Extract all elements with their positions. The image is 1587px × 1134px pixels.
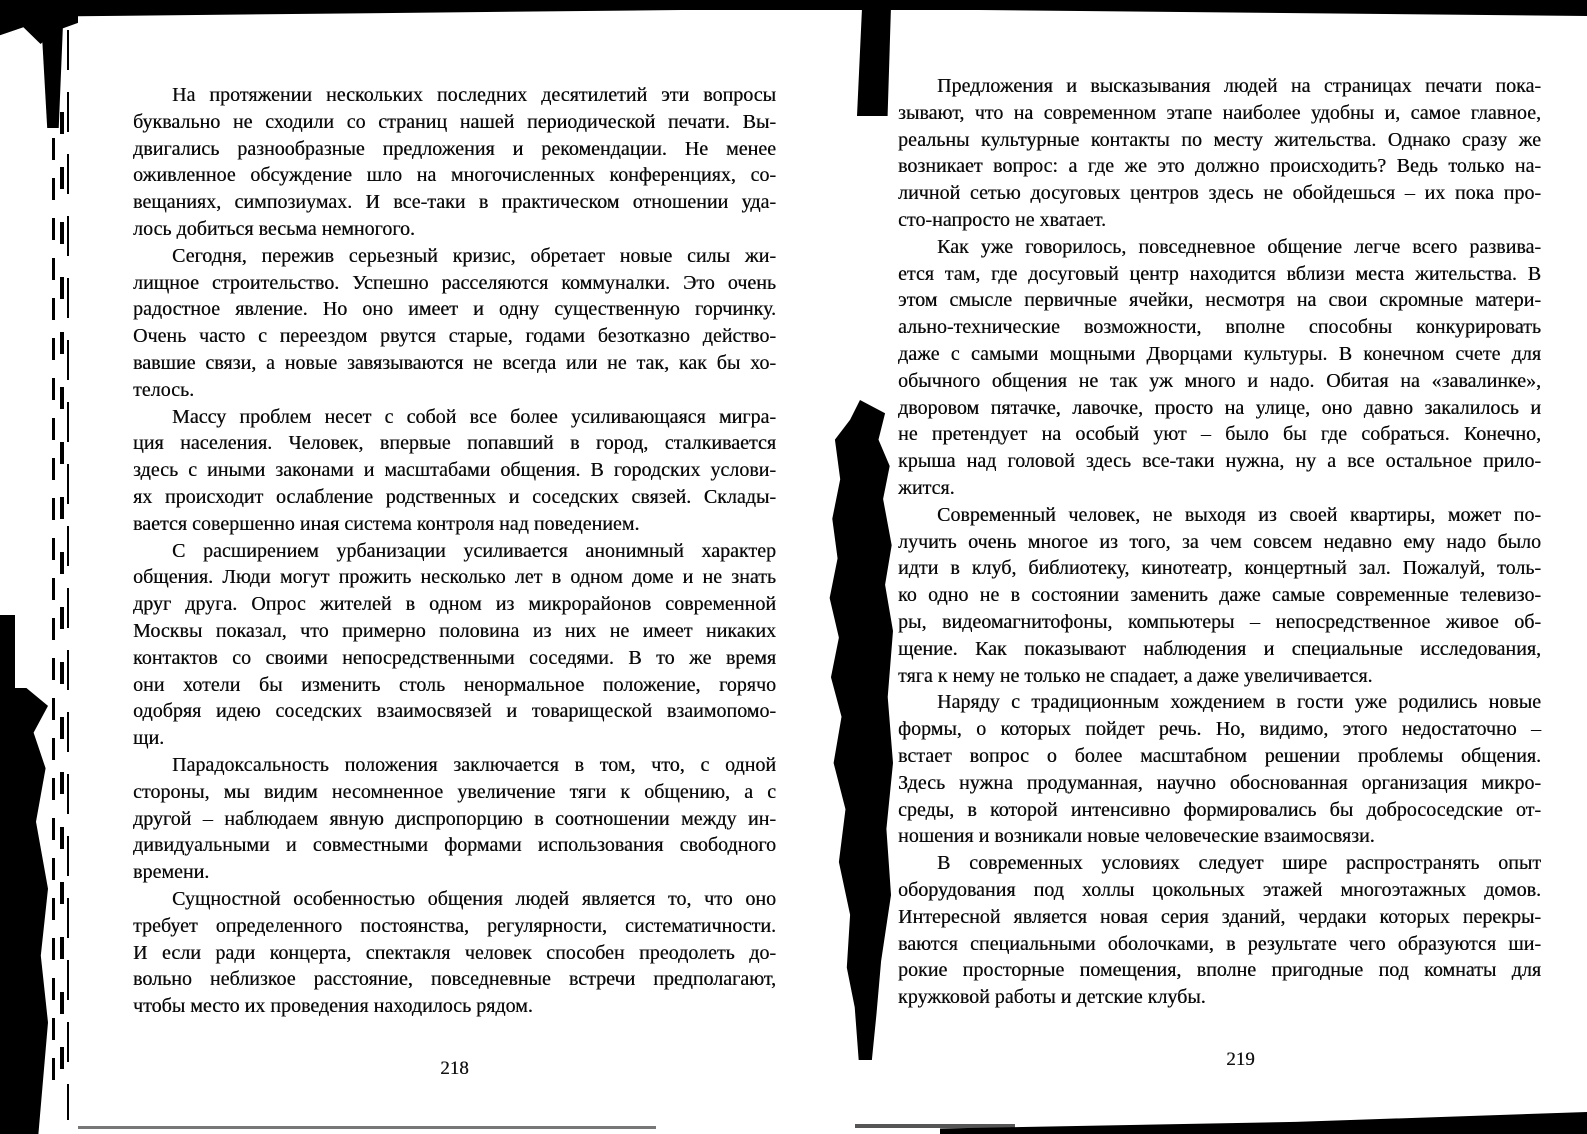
text-line: Парадоксальность положения заключается в… (133, 752, 776, 779)
text-line: ношения и возникали новые человеческие в… (898, 823, 1541, 850)
text-line: вольно неблизкое расстояние, повседневны… (133, 966, 776, 993)
paragraph: Предложения и высказывания людей на стра… (898, 73, 1541, 234)
text-line: ко одно не в состоянии заменить даже сам… (898, 582, 1541, 609)
paragraph: С расширением урбанизации усиливается ан… (133, 538, 776, 752)
text-line: этом смысле первичные ячейки, несмотря н… (898, 287, 1541, 314)
text-line: Предложения и высказывания людей на стра… (898, 73, 1541, 100)
page-number-right: 219 (898, 1049, 1583, 1071)
text-line: оживленное обсуждение шло на многочислен… (133, 162, 776, 189)
text-line: вавшие связи, а новые завязываются не вс… (133, 350, 776, 377)
text-line: ваются специальными оболочками, в резуль… (898, 931, 1541, 958)
text-line: кружковой работы и детские клубы. (898, 984, 1541, 1011)
text-line: В современных условиях следует шире расп… (898, 850, 1541, 877)
paragraph: Наряду с традиционным хождением в гости … (898, 689, 1541, 850)
text-line: дворовом пятачке, лавочке, просто на ули… (898, 395, 1541, 422)
text-line: реальны культурные контакты по месту жит… (898, 127, 1541, 154)
text-line: дивидуальными и совместными формами испо… (133, 832, 776, 859)
page-number-left: 218 (133, 1058, 776, 1080)
text-line: рокие просторные помещения, вполне приго… (898, 957, 1541, 984)
scan-artifact-bottom-line-mid (855, 1124, 1015, 1128)
text-line: щи. (133, 725, 776, 752)
text-line: ция населения. Человек, впервые попавший… (133, 430, 776, 457)
text-line: Очень часто с переездом рвутся старые, г… (133, 323, 776, 350)
text-line: двигались разнообразные предложения и ре… (133, 136, 776, 163)
scan-artifact-left-dashes-2 (60, 100, 64, 1090)
text-line: встает вопрос о более масштабном решении… (898, 743, 1541, 770)
scan-artifact-top-edge-right (860, 0, 1587, 16)
text-line: лучить очень многое из того, за чем совс… (898, 529, 1541, 556)
text-line: жится. (898, 475, 1541, 502)
text-line: лось добиться весьма немногого. (133, 216, 776, 243)
text-line: формы, о которых пойдет речь. Но, видимо… (898, 716, 1541, 743)
text-line: буквально не сходили со страниц нашей пе… (133, 109, 776, 136)
paragraph: Современный человек, не выходя из своей … (898, 502, 1541, 690)
text-line: лищное строительство. Успешно расселяютс… (133, 270, 776, 297)
paragraph: В современных условиях следует шире расп… (898, 850, 1541, 1011)
text-line: крыша над головой здесь все-таки нужна, … (898, 448, 1541, 475)
paragraph: Как уже говорилось, повседневное общение… (898, 234, 1541, 502)
text-line: С расширением урбанизации усиливается ан… (133, 538, 776, 565)
text-line: общения. Люди могут прожить несколько ле… (133, 564, 776, 591)
text-line: щение. Как показывают наблюдения и специ… (898, 636, 1541, 663)
text-line: даже с самыми мощными Дворцами культуры.… (898, 341, 1541, 368)
scan-artifact-left-dashes-3 (67, 30, 69, 1120)
text-line: идти в клуб, библиотеку, кинотеатр, конц… (898, 555, 1541, 582)
text-line: радостное явление. Но оно имеет и одну с… (133, 296, 776, 323)
text-line: чтобы место их проведения находилось ряд… (133, 993, 776, 1020)
text-line: друг друга. Опрос жителей в одном из мик… (133, 591, 776, 618)
text-line: ры, видеомагнитофоны, компьютеры – непос… (898, 609, 1541, 636)
text-line: другой – наблюдаем явную диспропорцию в … (133, 806, 776, 833)
text-line: тяга к нему не только не спадает, а даже… (898, 663, 1541, 690)
text-line: Москвы показал, что примерно половина из… (133, 618, 776, 645)
text-line: среды, в которой интенсивно формировалис… (898, 797, 1541, 824)
text-line: вается совершенно иная система контроля … (133, 511, 776, 538)
text-line: одобряя идею соседских взаимосвязей и то… (133, 698, 776, 725)
text-line: вещаниях, симпозиумах. И все-таки в прак… (133, 189, 776, 216)
text-line: телось. (133, 377, 776, 404)
text-line: И если ради концерта, спектакля человек … (133, 940, 776, 967)
scan-artifact-gutter-blob (827, 400, 893, 1060)
text-line: оборудования под холлы цокольных этажей … (898, 877, 1541, 904)
text-line: обычного общения не так уж много и надо.… (898, 368, 1541, 395)
text-line: зывают, что на современном этапе наиболе… (898, 100, 1541, 127)
scan-artifact-bottom-line-left (78, 1126, 656, 1129)
text-line: сто-напросто не хватает. (898, 207, 1541, 234)
text-line: ально-технические возможности, вполне сп… (898, 314, 1541, 341)
text-line: Сегодня, пережив серьезный кризис, обрет… (133, 243, 776, 270)
scan-artifact-gutter-top-bar (857, 6, 891, 116)
text-line: времени. (133, 859, 776, 886)
text-column-left: На протяжении нескольких последних десят… (133, 82, 776, 1020)
text-line: Интересной является новая серия зданий, … (898, 904, 1541, 931)
text-line: личной сетью досуговых центров здесь не … (898, 180, 1541, 207)
text-line: Современный человек, не выходя из своей … (898, 502, 1541, 529)
paragraph: Сущностной особенностью общения людей яв… (133, 886, 776, 1020)
text-line: На протяжении нескольких последних десят… (133, 82, 776, 109)
text-column-right: Предложения и высказывания людей на стра… (898, 73, 1541, 1011)
scan-artifact-bottom-right-wedge (940, 1112, 1587, 1134)
paragraph: Массу проблем несет с собой все более ус… (133, 404, 776, 538)
text-line: Сущностной особенностью общения людей яв… (133, 886, 776, 913)
text-line: здесь с иными законами и масштабами обще… (133, 457, 776, 484)
text-line: Как уже говорилось, повседневное общение… (898, 234, 1541, 261)
text-line: не претендует на особый уют – было бы гд… (898, 421, 1541, 448)
text-line: они хотели бы изменить столь ненормально… (133, 672, 776, 699)
text-line: Массу проблем несет с собой все более ус… (133, 404, 776, 431)
text-line: возникает вопрос: а где же это должно пр… (898, 153, 1541, 180)
paragraph: Сегодня, пережив серьезный кризис, обрет… (133, 243, 776, 404)
text-line: Наряду с традиционным хождением в гости … (898, 689, 1541, 716)
scan-artifact-top-edge-left (0, 0, 830, 17)
scan-artifact-bottom-left-blob (0, 688, 48, 1134)
text-line: ется там, где досуговый центр находится … (898, 261, 1541, 288)
paragraph: Парадоксальность положения заключается в… (133, 752, 776, 886)
text-line: контактов со своими непосредственными со… (133, 645, 776, 672)
text-line: требует определенного постоянства, регул… (133, 913, 776, 940)
scan-artifact-left-dashes-1 (52, 58, 55, 1088)
text-line: стороны, мы видим несомненное увеличение… (133, 779, 776, 806)
text-line: Здесь нужна продуманная, научно обоснова… (898, 770, 1541, 797)
paragraph: На протяжении нескольких последних десят… (133, 82, 776, 243)
text-line: ях происходит ослабление родственных и с… (133, 484, 776, 511)
